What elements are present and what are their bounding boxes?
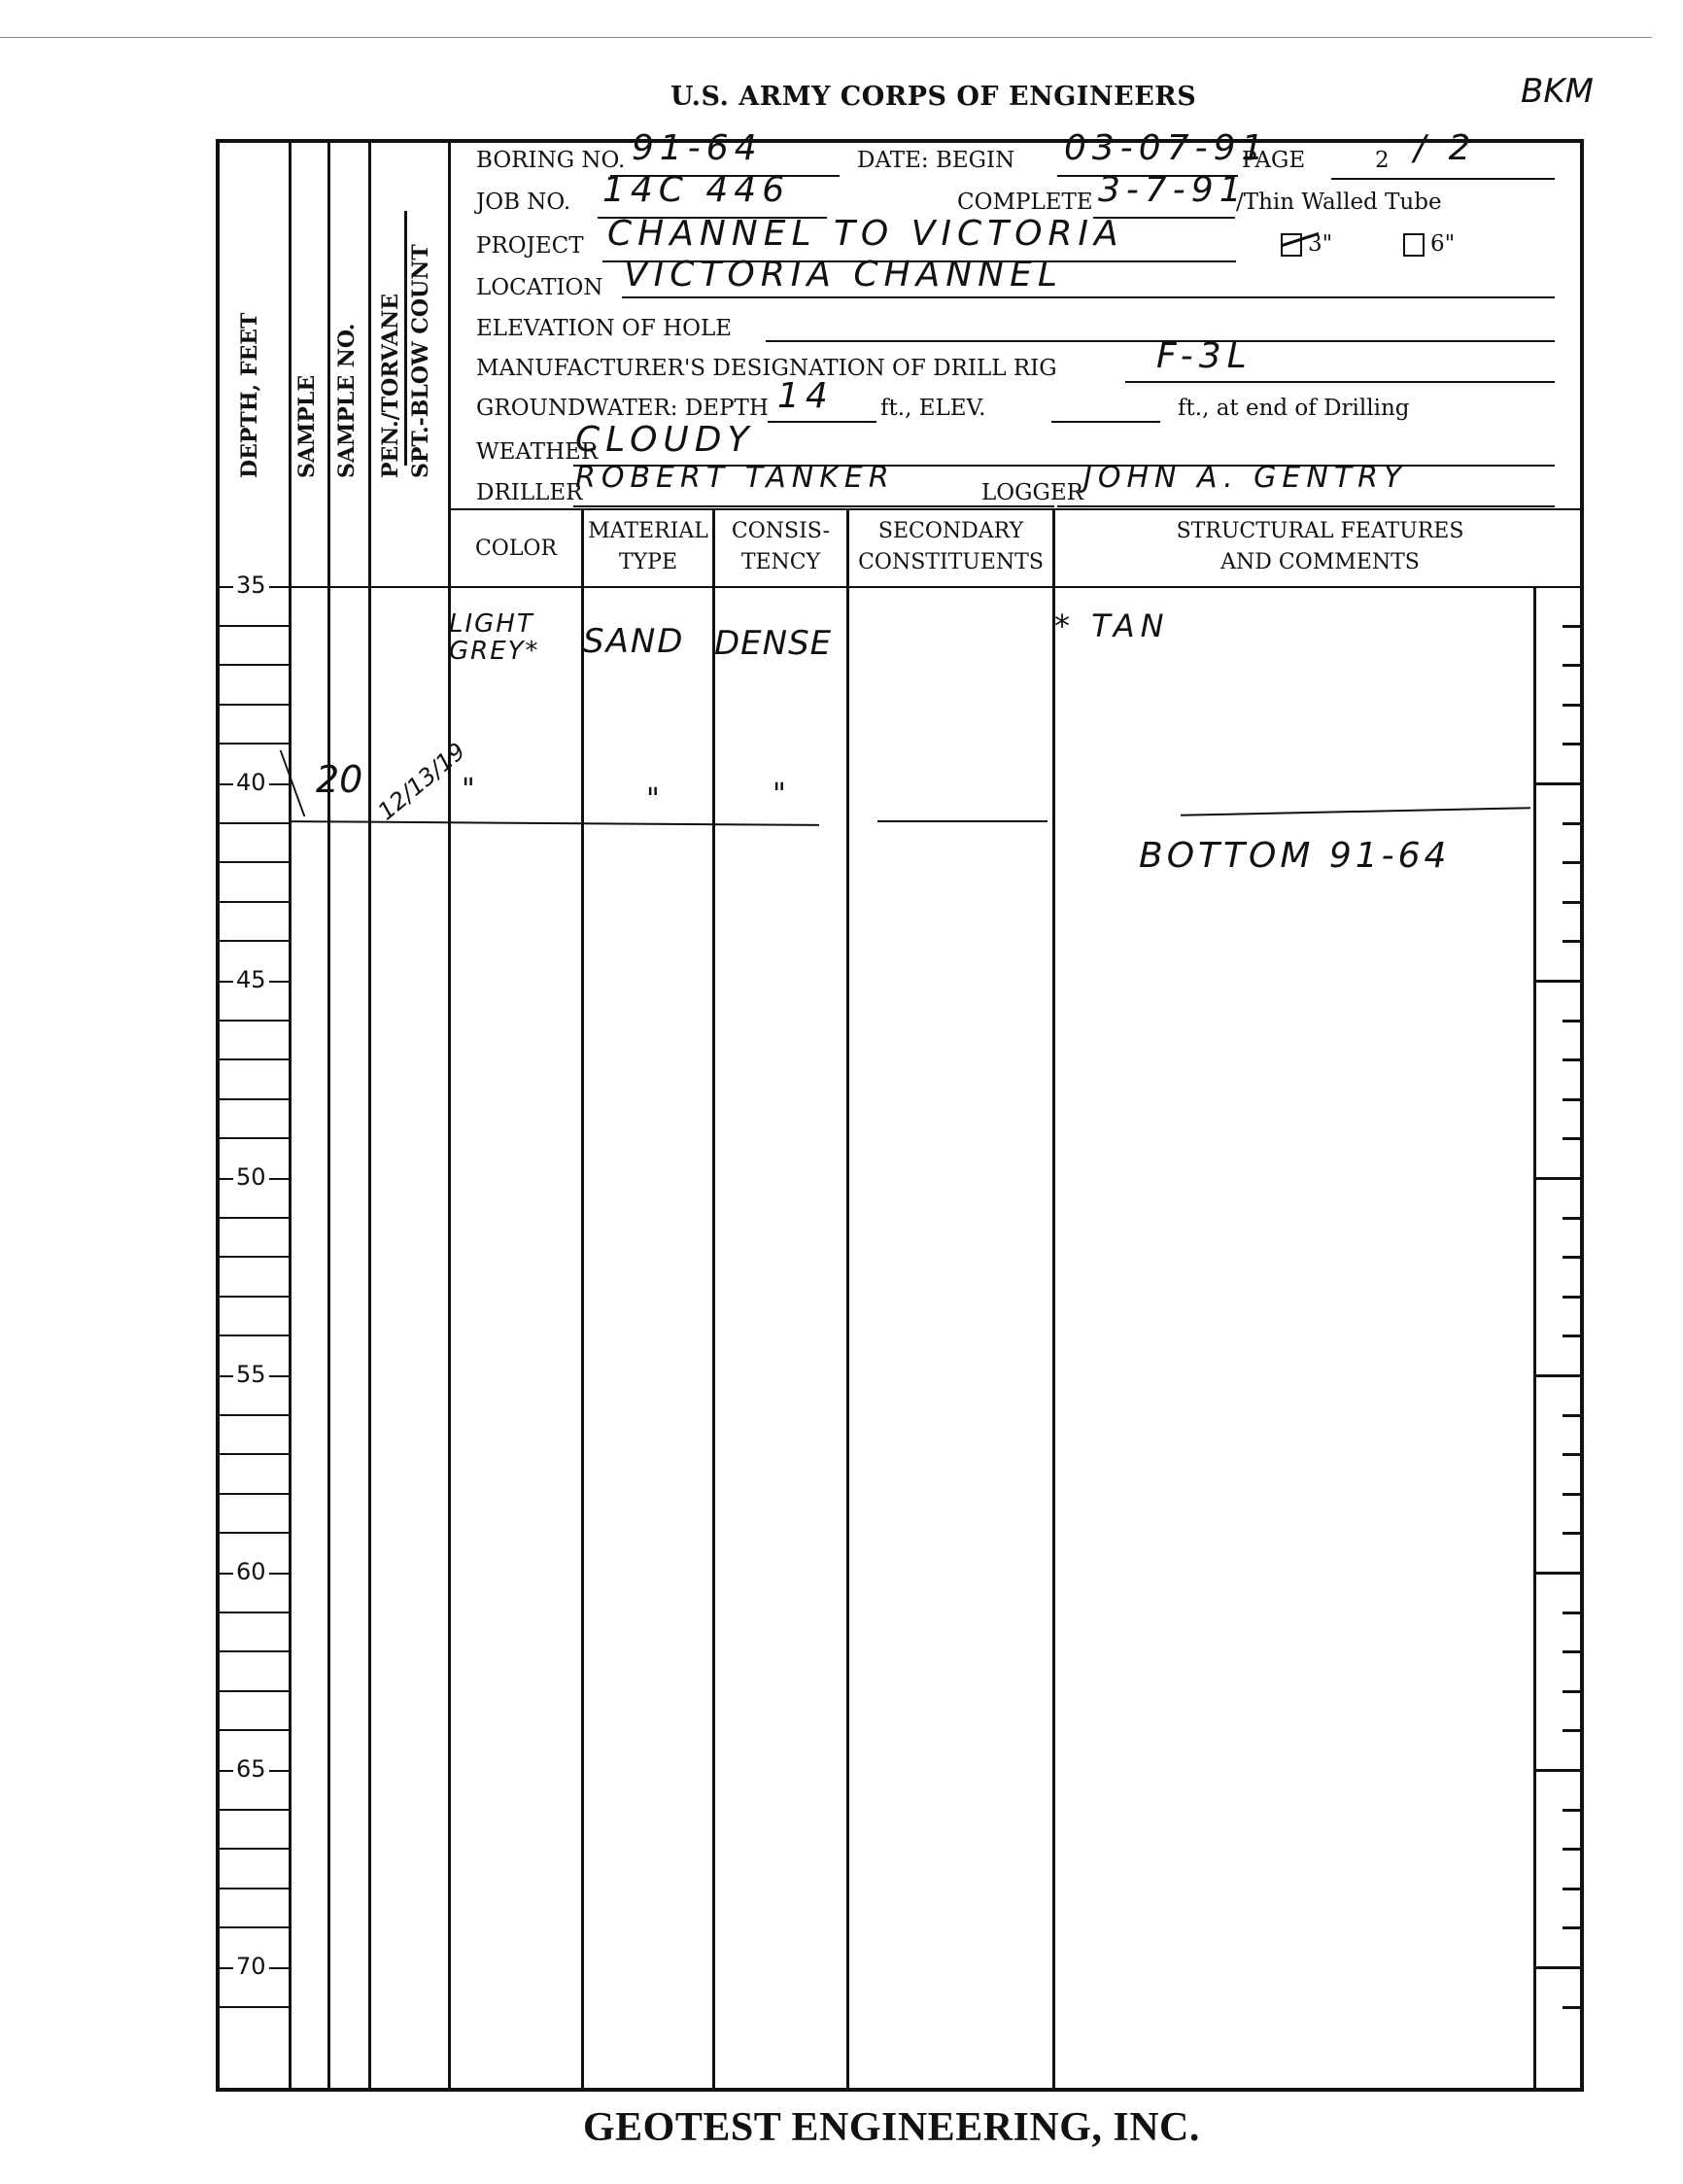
job-no-value[interactable]: 14C 446 — [602, 170, 790, 210]
right-scale-tick — [1563, 1848, 1582, 1851]
initials-annotation: BKM — [1521, 72, 1594, 111]
rig-underline — [1125, 381, 1555, 383]
right-scale-tick — [1563, 743, 1582, 745]
entry-2-color[interactable]: " — [462, 773, 481, 807]
logger-label: LOGGER — [981, 480, 1083, 505]
location-label: LOCATION — [476, 275, 603, 300]
depth-label: 55 — [233, 1361, 269, 1388]
right-scale-tick — [1563, 1926, 1582, 1929]
divider-depth — [289, 143, 292, 2088]
complete-value[interactable]: 3-7-91 — [1098, 170, 1248, 210]
depth-ruling — [220, 1493, 289, 1495]
right-scale-tick — [1563, 1098, 1582, 1101]
col-depth-label: DEPTH, FEET — [237, 313, 262, 478]
entry-2-consistency[interactable]: " — [773, 778, 792, 812]
col-sample-no-label: SAMPLE NO. — [334, 324, 360, 478]
bottom-line-secondary — [877, 820, 1048, 822]
right-scale-tick — [1563, 901, 1582, 904]
depth-label: 35 — [233, 572, 269, 599]
job-no-label: JOB NO. — [476, 190, 570, 215]
right-scale-tick — [1563, 940, 1582, 943]
right-scale-tick — [1563, 1650, 1582, 1653]
depth-label: 60 — [233, 1558, 269, 1585]
complete-label: COMPLETE — [957, 190, 1093, 215]
bottom-note[interactable]: BOTTOM 91-64 — [1139, 836, 1450, 876]
page-number: 2 — [1375, 148, 1390, 173]
depth-ruling — [220, 1650, 289, 1652]
right-scale-tick — [1533, 1572, 1584, 1575]
depth-ruling — [220, 704, 289, 706]
col-sample-label: SAMPLE — [294, 375, 320, 478]
logger-underline — [1057, 505, 1555, 507]
location-underline — [622, 296, 1555, 298]
depth-ruling — [220, 1809, 289, 1811]
boring-log-form: DEPTH, FEET SAMPLE SAMPLE NO. PEN./TORVA… — [216, 139, 1584, 2092]
elevation-label: ELEVATION OF HOLE — [476, 316, 732, 341]
date-begin-value[interactable]: 03-07-91 — [1064, 128, 1269, 168]
company-footer: GEOTEST ENGINEERING, INC. — [583, 2104, 1200, 2151]
depth-label: 70 — [233, 1953, 269, 1980]
page-total: / 2 — [1414, 128, 1476, 168]
weather-value[interactable]: CLOUDY — [575, 420, 754, 460]
divider-right-scale — [1533, 586, 1536, 2088]
page-underline — [1331, 178, 1555, 180]
header-bottom-rule — [448, 508, 1580, 510]
agency-title: U.S. ARMY CORPS OF ENGINEERS — [670, 82, 1196, 112]
driller-value[interactable]: ROBERT TANKER — [575, 461, 895, 495]
depth-ruling — [220, 2006, 289, 2008]
entry-2-sample-no[interactable]: 20 — [316, 758, 362, 801]
depth-ruling — [220, 625, 289, 627]
depth-ruling — [220, 664, 289, 666]
depth-ruling — [220, 1296, 289, 1298]
col-secondary-header: SECONDARY CONSTITUENTS — [849, 516, 1052, 578]
fraction-bar — [404, 211, 407, 466]
divider-sample-no — [368, 143, 371, 2088]
depth-ruling — [220, 1888, 289, 1889]
depth-ruling — [220, 1058, 289, 1060]
driller-label: DRILLER — [476, 480, 583, 505]
right-scale-tick — [1563, 1532, 1582, 1535]
divider-blow — [448, 143, 451, 2088]
divider-sample — [327, 143, 330, 2088]
entry-2-material[interactable]: " — [646, 782, 666, 816]
column-header-rule — [220, 586, 1580, 588]
depth-ruling — [220, 1532, 289, 1534]
right-scale-tick — [1533, 1374, 1584, 1377]
gw-elev-label: ft., ELEV. — [880, 396, 985, 421]
entry-1-comments[interactable]: * TAN — [1054, 607, 1170, 644]
depth-ruling — [220, 1453, 289, 1455]
right-scale-tick — [1563, 1256, 1582, 1259]
rig-label: MANUFACTURER'S DESIGNATION OF DRILL RIG — [476, 356, 1057, 381]
right-scale-tick — [1563, 625, 1582, 628]
depth-ruling — [220, 1137, 289, 1139]
col-spt-blow-label: SPT.-BLOW COUNT — [408, 244, 433, 478]
depth-ruling — [220, 901, 289, 903]
right-scale-tick — [1563, 1414, 1582, 1417]
depth-ruling — [220, 1848, 289, 1850]
right-scale-tick — [1563, 1296, 1582, 1299]
groundwater-depth-value[interactable]: 14 — [777, 376, 834, 416]
scan-top-rule — [0, 37, 1652, 38]
tube-label: /Thin Walled Tube — [1236, 190, 1442, 215]
col-structural-header: STRUCTURAL FEATURES AND COMMENTS — [1055, 516, 1585, 578]
depth-ruling — [220, 940, 289, 942]
depth-ruling — [220, 861, 289, 863]
right-scale-tick — [1563, 1217, 1582, 1220]
right-scale-tick — [1563, 1690, 1582, 1693]
groundwater-elev-underline[interactable] — [1051, 421, 1160, 423]
divider-consistency — [846, 508, 849, 2088]
right-scale-tick — [1533, 980, 1584, 983]
project-label: PROJECT — [476, 233, 584, 259]
checkbox-6in[interactable] — [1403, 233, 1425, 257]
col-material-header: MATERIAL TYPE — [584, 516, 712, 578]
right-scale-tick — [1563, 1453, 1582, 1456]
right-scale-tick — [1563, 664, 1582, 667]
divider-material — [712, 508, 715, 2088]
location-value[interactable]: VICTORIA CHANNEL — [624, 255, 1063, 295]
depth-ruling — [220, 1335, 289, 1336]
depth-ruling — [220, 1217, 289, 1219]
gw-end-label: ft., at end of Drilling — [1178, 396, 1409, 421]
col-pen-torvane-label: PEN./TORVANE — [378, 294, 403, 478]
logger-value[interactable]: JOHN A. GENTRY — [1083, 461, 1407, 495]
depth-label: 40 — [233, 769, 269, 796]
depth-ruling — [220, 1612, 289, 1613]
col-consistency-header: CONSIS- TENCY — [715, 516, 846, 578]
groundwater-label: GROUNDWATER: DEPTH — [476, 396, 769, 421]
right-scale-tick — [1563, 1729, 1582, 1732]
right-scale-tick — [1563, 1809, 1582, 1812]
right-scale-tick — [1533, 1769, 1584, 1772]
depth-label: 65 — [233, 1755, 269, 1783]
right-scale-tick — [1563, 861, 1582, 864]
depth-ruling — [220, 1926, 289, 1928]
right-scale-tick — [1533, 1966, 1584, 1969]
driller-underline — [573, 505, 1054, 507]
depth-ruling — [220, 1020, 289, 1022]
tube-size-6in[interactable]: 6" — [1403, 231, 1455, 257]
divider-color — [581, 508, 584, 2088]
right-scale-tick — [1533, 1177, 1584, 1180]
depth-ruling — [220, 1729, 289, 1731]
groundwater-depth-underline — [768, 421, 876, 423]
date-begin-label: DATE: BEGIN — [857, 148, 1014, 173]
right-scale-tick — [1563, 1612, 1582, 1614]
depth-label: 45 — [233, 966, 269, 993]
right-scale-tick — [1563, 1137, 1582, 1140]
depth-ruling — [220, 1098, 289, 1100]
boring-no-value[interactable]: 91-64 — [632, 128, 763, 168]
right-scale-tick — [1563, 822, 1582, 825]
col-color-header: COLOR — [451, 522, 581, 576]
right-scale-tick — [1563, 1493, 1582, 1496]
depth-ruling — [220, 822, 289, 824]
right-scale-tick — [1563, 1335, 1582, 1337]
right-scale-tick — [1563, 1888, 1582, 1890]
depth-ruling — [220, 743, 289, 745]
right-scale-tick — [1563, 704, 1582, 707]
entry-1-consistency[interactable]: DENSE — [714, 624, 832, 663]
right-scale-tick — [1563, 1020, 1582, 1023]
depth-ruling — [220, 1690, 289, 1692]
right-scale-tick — [1563, 1058, 1582, 1061]
right-scale-tick — [1563, 2006, 1582, 2009]
divider-secondary — [1052, 508, 1055, 2088]
page-label: PAGE — [1242, 148, 1305, 173]
depth-label: 50 — [233, 1163, 269, 1191]
entry-1-material[interactable]: SAND — [583, 622, 684, 661]
depth-ruling — [220, 1414, 289, 1416]
depth-ruling — [220, 1256, 289, 1258]
rig-value[interactable]: F-3L — [1156, 336, 1253, 376]
entry-1-color[interactable]: LIGHT GREY* — [449, 610, 575, 665]
right-scale-tick — [1533, 782, 1584, 785]
project-value[interactable]: CHANNEL TO VICTORIA — [607, 214, 1124, 254]
